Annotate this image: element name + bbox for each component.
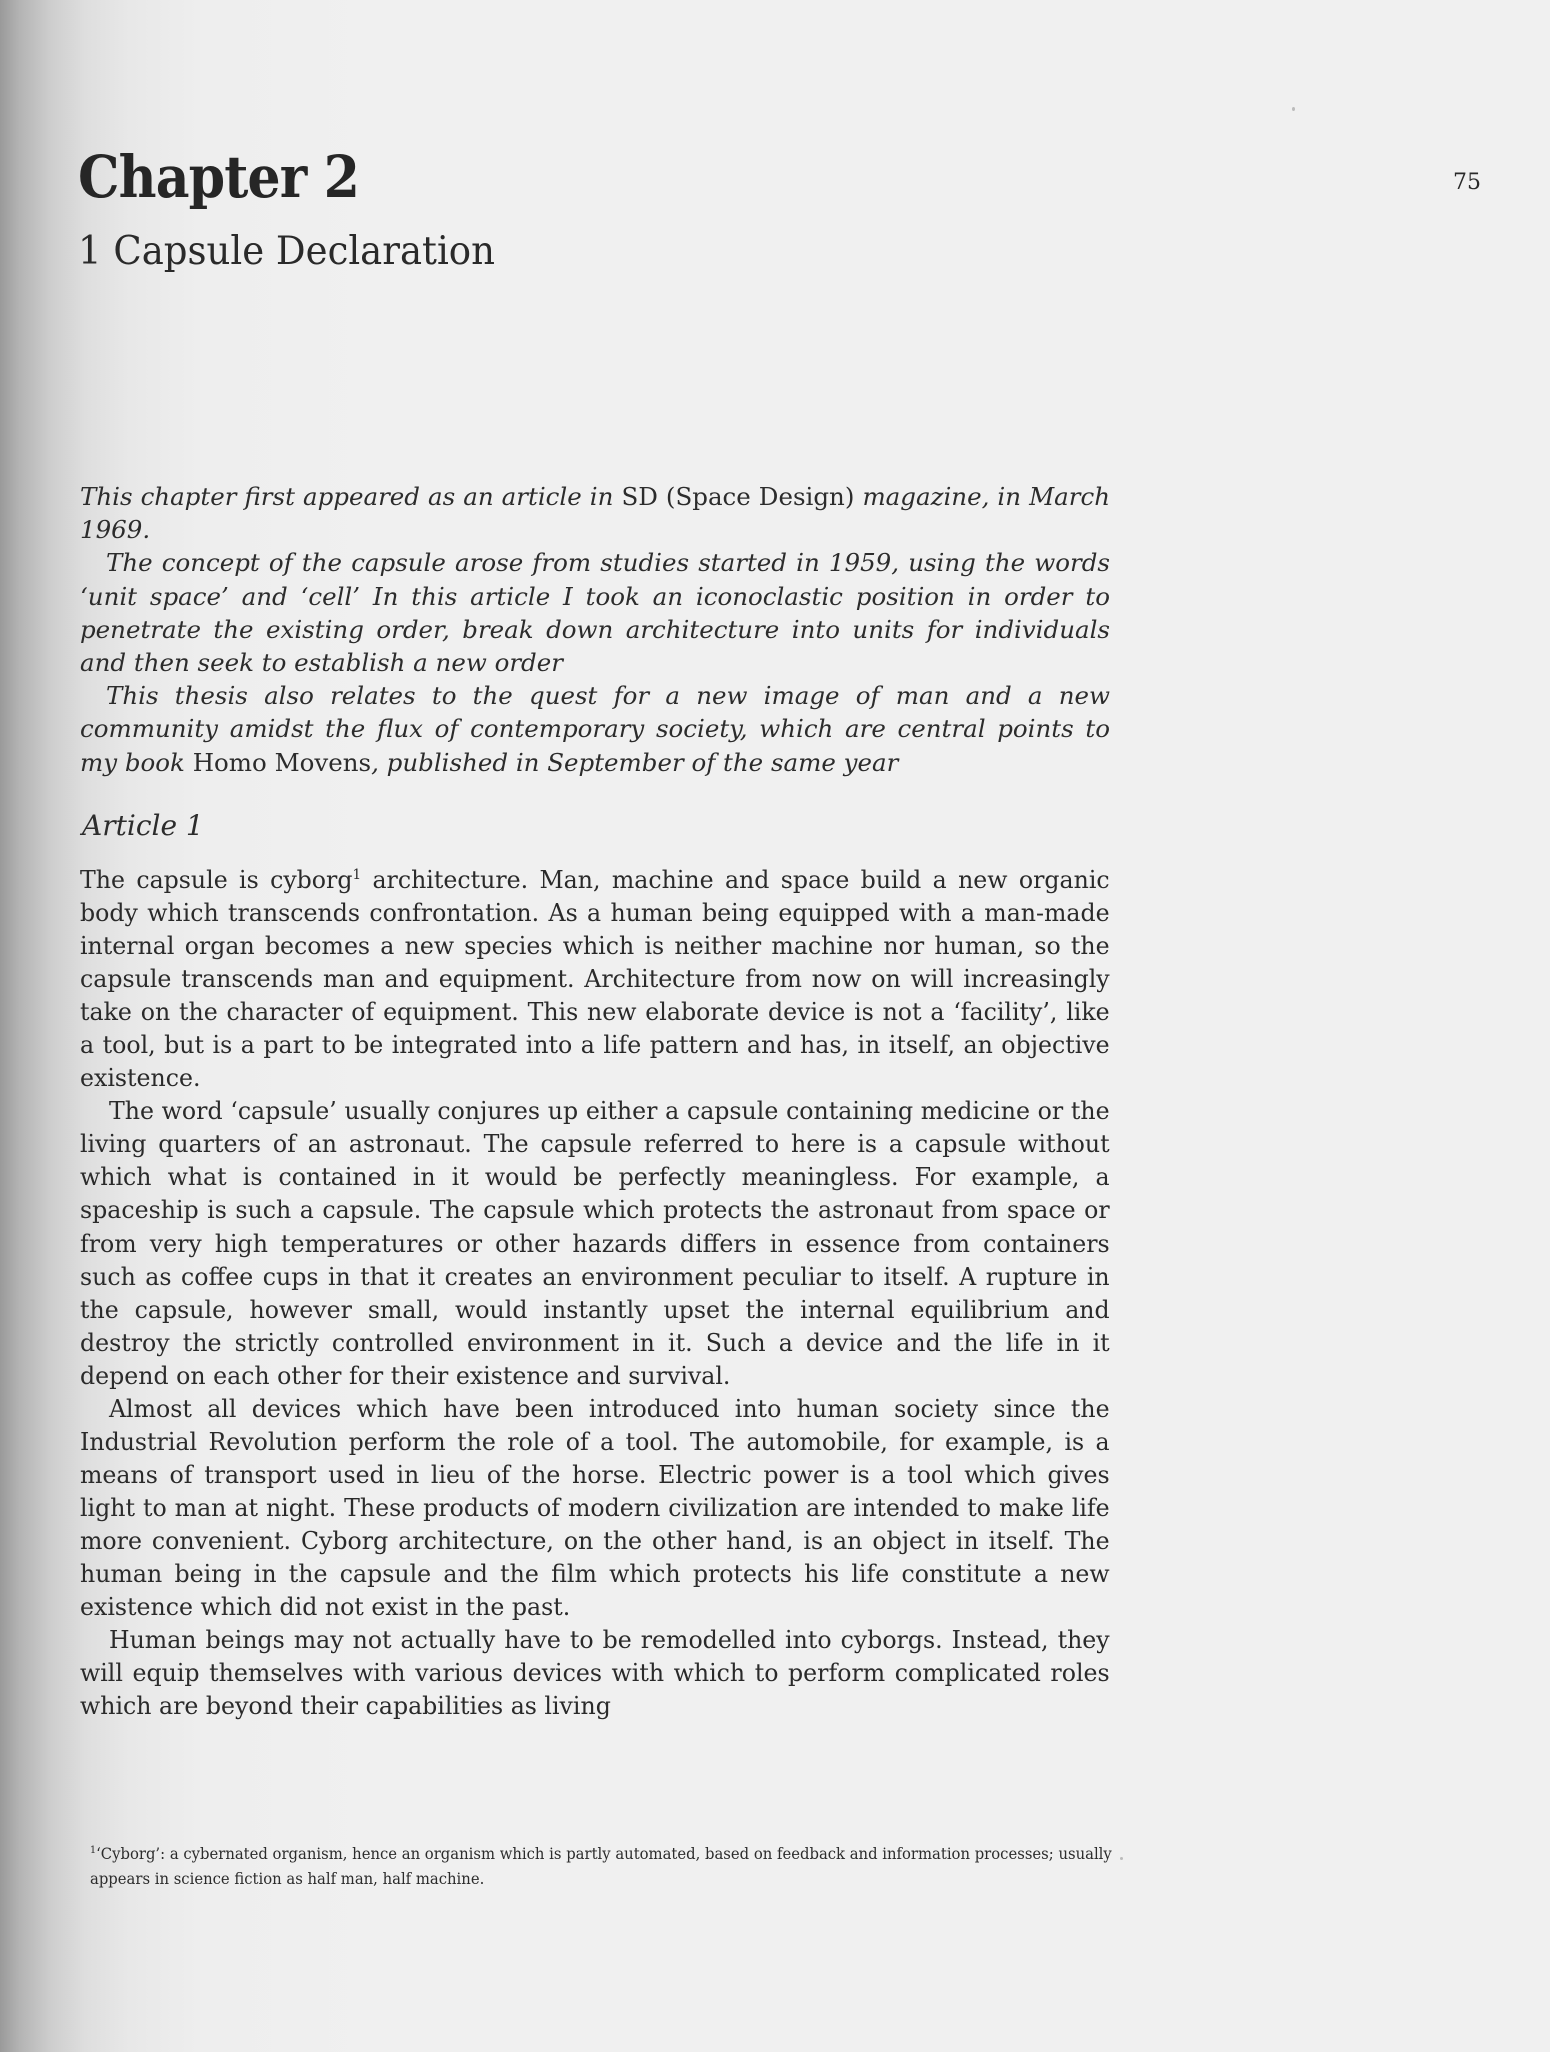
intro-paragraph: This thesis also relates to the quest fo…	[80, 679, 1110, 779]
body-paragraph: Human beings may not actually have to be…	[80, 1623, 1110, 1722]
intro-paragraph: The concept of the capsule arose from st…	[80, 546, 1110, 679]
scan-speck	[495, 1700, 497, 1703]
intro-paragraph: This chapter first appeared as an articl…	[80, 480, 1110, 546]
body-paragraph: The capsule is cyborg1 architecture. Man…	[80, 863, 1110, 1094]
page-number: 75	[1453, 170, 1481, 195]
footnote: 1‘Cyborg’: a cybernated organism, hence …	[90, 1842, 1121, 1892]
body-paragraph: The word ‘capsule’ usually conjures up e…	[80, 1094, 1110, 1391]
book-page: Chapter 2 1 Capsule Declaration 75 This …	[0, 0, 1550, 2052]
book-title: Homo Movens	[193, 748, 371, 777]
scan-speck	[1292, 107, 1295, 111]
footnote-text: ‘Cyborg’: a cybernated organism, hence a…	[90, 1845, 1112, 1888]
article-body: The capsule is cyborg1 architecture. Man…	[80, 863, 1110, 1722]
body-paragraph: Almost all devices which have been intro…	[80, 1392, 1110, 1623]
chapter-title: Chapter 2	[78, 148, 359, 206]
magazine-title: SD (Space Design)	[621, 482, 854, 511]
scan-speck	[1120, 1857, 1123, 1860]
footnote-reference[interactable]: 1	[352, 867, 361, 883]
article-heading: Article 1	[82, 812, 204, 840]
chapter-intro-note: This chapter first appeared as an articl…	[80, 480, 1110, 779]
section-title: 1 Capsule Declaration	[78, 232, 495, 271]
